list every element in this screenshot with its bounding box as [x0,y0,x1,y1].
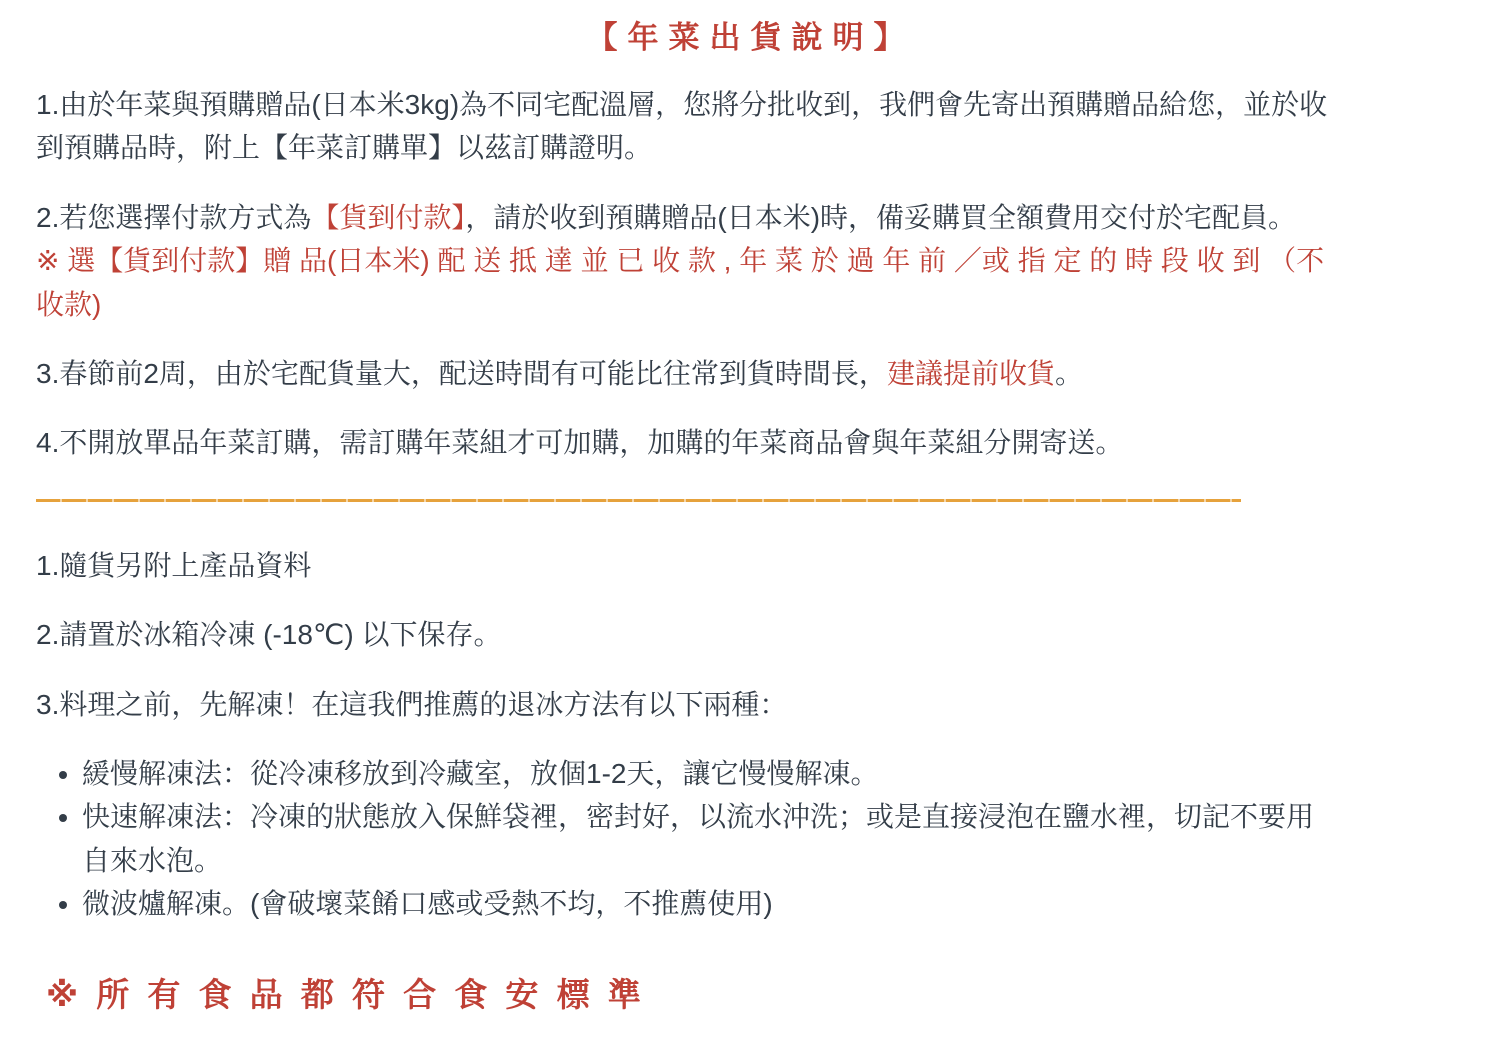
storage-note-2-text: 2.請置於冰箱冷凍 (-18℃) 以下保存。 [36,619,501,650]
shipping-info-document: 【年菜出貨說明】 1.由於年菜與預購贈品(日本米3kg)為不同宅配溫層，您將分批… [0,0,1501,1046]
storage-note-3: 3.料理之前，先解凍！在這我們推薦的退冰方法有以下兩種： [36,683,1465,726]
thaw-methods-list: 緩慢解凍法：從冷凍移放到冷藏室，放個1-2天，讓它慢慢解凍。 快速解凍法：冷凍的… [82,752,1465,926]
shipping-note-2: 2.若您選擇付款方式為【貨到付款】，請於收到預購贈品(日本米)時，備妥購買全額費… [36,196,1465,326]
shipping-note-2-seg2: ，請於收到預購贈品(日本米)時，備妥購買全額費用交付於宅配員。 [465,202,1296,233]
page-title: 【年菜出貨說明】 [36,12,1465,57]
thaw-method-fast: 快速解凍法：冷凍的狀態放入保鮮袋裡，密封好，以流水沖洗；或是直接浸泡在鹽水裡，切… [82,801,1314,875]
storage-note-2: 2.請置於冰箱冷凍 (-18℃) 以下保存。 [36,613,1465,656]
section-divider [36,499,1241,502]
storage-note-1: 1.隨貨另附上產品資料 [36,544,1465,587]
food-safety-note: ※所有食品都符合食安標準 [46,969,1465,1016]
list-item: 微波爐解凍。(會破壞菜餚口感或受熱不均，不推薦使用) [82,882,1465,925]
shipping-note-3-seg2: 。 [1055,358,1083,389]
cod-payment-note: ※ 選【貨到付款】贈 品(日本米) 配 送 抵 達 並 已 收 款 , 年 菜 … [36,239,1465,326]
cod-payment-highlight: 【貨到付款】 [311,202,465,233]
shipping-note-3: 3.春節前2周，由於宅配貨量大，配送時間有可能比往常到貨時間長，建議提前收貨。 [36,352,1465,395]
shipping-note-2-seg1: 2.若您選擇付款方式為 [36,202,311,233]
storage-note-1-text: 1.隨貨另附上產品資料 [36,550,311,581]
shipping-note-1-text: 1.由於年菜與預購贈品(日本米3kg)為不同宅配溫層，您將分批收到，我們會先寄出… [36,89,1327,163]
list-item: 快速解凍法：冷凍的狀態放入保鮮袋裡，密封好，以流水沖洗；或是直接浸泡在鹽水裡，切… [82,795,1465,882]
early-pickup-highlight: 建議提前收貨 [887,358,1055,389]
thaw-method-microwave: 微波爐解凍。(會破壞菜餚口感或受熱不均，不推薦使用) [82,888,773,919]
thaw-method-slow: 緩慢解凍法：從冷凍移放到冷藏室，放個1-2天，讓它慢慢解凍。 [82,758,878,789]
shipping-note-4: 4.不開放單品年菜訂購，需訂購年菜組才可加購，加購的年菜商品會與年菜組分開寄送。 [36,421,1465,464]
storage-note-3-text: 3.料理之前，先解凍！在這我們推薦的退冰方法有以下兩種： [36,689,787,720]
shipping-note-3-seg1: 3.春節前2周，由於宅配貨量大，配送時間有可能比往常到貨時間長， [36,358,887,389]
shipping-note-1: 1.由於年菜與預購贈品(日本米3kg)為不同宅配溫層，您將分批收到，我們會先寄出… [36,83,1465,170]
shipping-note-4-text: 4.不開放單品年菜訂購，需訂購年菜組才可加購，加購的年菜商品會與年菜組分開寄送。 [36,427,1123,458]
list-item: 緩慢解凍法：從冷凍移放到冷藏室，放個1-2天，讓它慢慢解凍。 [82,752,1465,795]
